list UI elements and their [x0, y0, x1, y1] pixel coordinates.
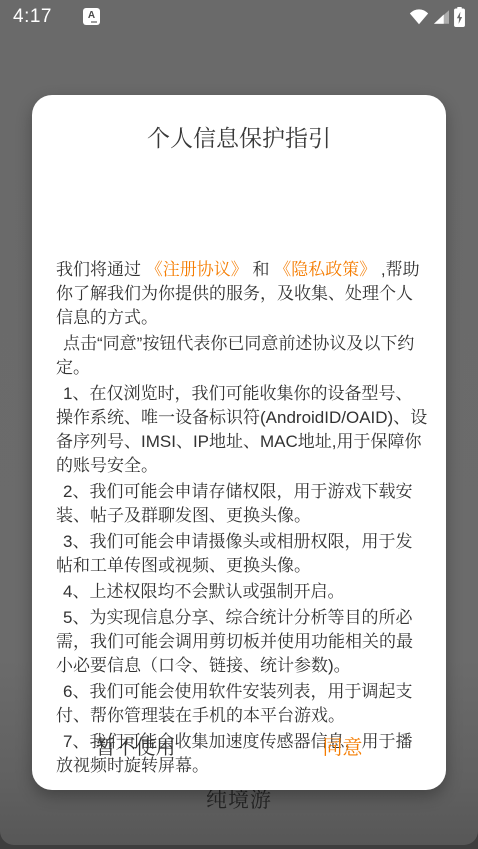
decline-button[interactable]: 暂不使用: [32, 722, 239, 768]
agree-button[interactable]: 同意: [239, 722, 446, 768]
intro-paragraph: 我们将通过 《注册协议》 和 《隐私政策》 ,帮助你了解我们为你提供的服务，及收…: [56, 258, 428, 330]
privacy-dialog: 个人信息保护指引 我们将通过 《注册协议》 和 《隐私政策》 ,帮助你了解我们为…: [32, 95, 446, 790]
status-bar: 4:17 A: [0, 0, 478, 33]
body-paragraph: 4、上述权限均不会默认或强制开启。: [56, 580, 428, 604]
body-paragraph: 点击“同意”按钮代表你已同意前述协议及以下约定。: [56, 332, 428, 380]
privacy-policy-link[interactable]: 《隐私政策》: [274, 260, 376, 279]
body-paragraph: 6、我们可能会使用软件安装列表，用于调起支付、帮你管理装在手机的本平台游戏。: [56, 680, 428, 728]
wifi-icon: [409, 9, 429, 25]
dimmed-app-background: 4:17 A: [0, 0, 478, 845]
dialog-title: 个人信息保护指引: [32, 120, 446, 153]
body-paragraph: 2、我们可能会申请存储权限，用于游戏下载安装、帖子及群聊发图、更换头像。: [56, 480, 428, 528]
body-paragraph: 5、为实现信息分享、综合统计分析等目的所必需，我们可能会调用剪切板并使用功能相关…: [56, 606, 428, 678]
register-agreement-link[interactable]: 《注册协议》: [146, 260, 248, 279]
dialog-body: 我们将通过 《注册协议》 和 《隐私政策》 ,帮助你了解我们为你提供的服务，及收…: [56, 258, 428, 780]
notification-app-icon: A: [83, 8, 100, 25]
battery-charging-icon: [454, 7, 465, 27]
body-paragraph: 1、在仅浏览时，我们可能收集你的设备型号、操作系统、唯一设备标识符(Androi…: [56, 382, 428, 478]
navigation-bar-strip: [0, 845, 478, 849]
body-paragraph: 3、我们可能会申请摄像头或相册权限，用于发帖和工单传图或视频、更换头像。: [56, 530, 428, 578]
clock: 4:17: [13, 6, 52, 28]
cellular-signal-icon: [434, 10, 449, 24]
intro-mid: 和: [248, 260, 274, 279]
intro-pre: 我们将通过: [56, 260, 146, 279]
dialog-actions: 暂不使用 同意: [32, 722, 446, 768]
